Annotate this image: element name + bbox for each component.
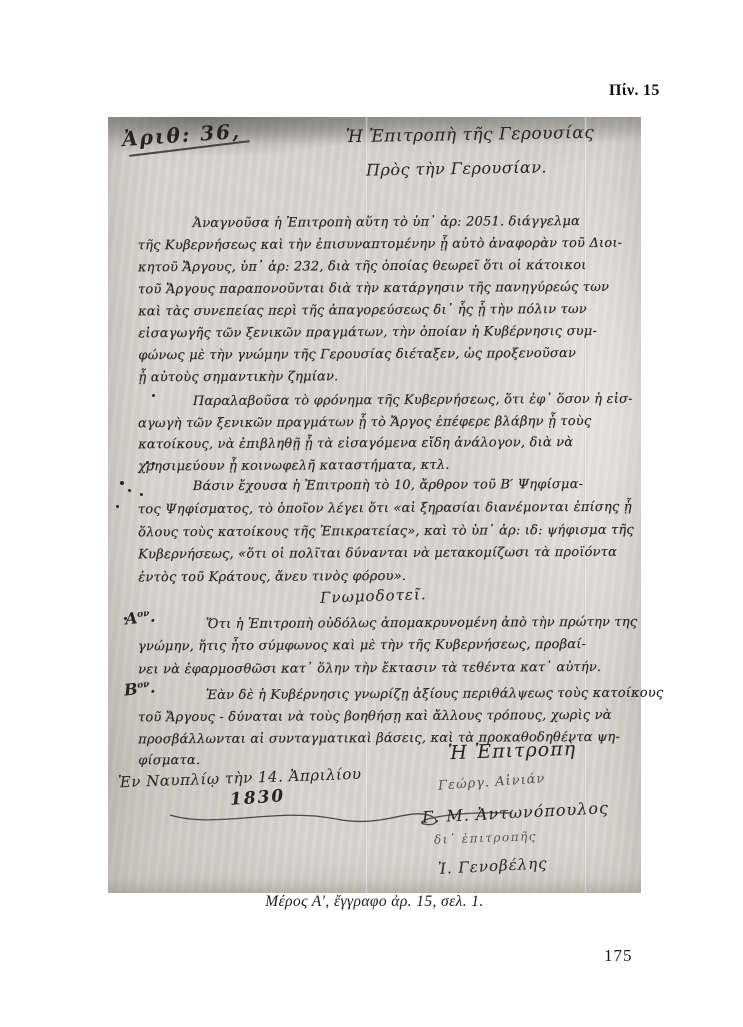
manuscript-line: τῆς Κυβερνήσεως καὶ τὴν ἐπισυναπτομένην … <box>138 233 628 258</box>
ink-dot <box>120 481 124 485</box>
ink-dot <box>152 394 155 397</box>
figure-caption: Μέρος Α′, ἔγγραφο ἀρ. 15, σελ. 1. <box>108 893 641 911</box>
reference-number: Ἀριθ: 36, <box>121 119 241 151</box>
manuscript-paragraph-3: Βάσιν ἔχουσα ἡ Ἐπιτροπὴ τὸ 10, ἄρθρον το… <box>138 474 629 591</box>
manuscript-line: νει νὰ ἐφαρμοσθῶσι κατ᾿ ὅλην τὴν ἔκτασιν… <box>138 657 638 682</box>
manuscript-line: Ὅτι ἡ Ἐπιτροπὴ οὐδόλως ἀπομακρυνομένη ἀπ… <box>138 612 638 637</box>
signature-3: δι᾿ ἐπιτροπῆς <box>434 829 537 847</box>
manuscript-line: φώνως μὲ τὴν γνώμην τῆς Γερουσίας διέταξ… <box>138 343 628 368</box>
manuscript-paragraph-2: Παραλαβοῦσα τὸ φρόνημα τῆς Κυβερνήσεως, … <box>138 389 628 478</box>
ink-dot <box>140 493 143 496</box>
manuscript-line: τοῦ Ἄργους παραπονοῦνται διὰ τὴν κατάργη… <box>138 277 628 302</box>
manuscript-scan: Ἀριθ: 36, Ἡ Ἐπιτροπὴ τῆς Γερουσίας Πρὸς … <box>108 117 641 893</box>
ink-dot <box>146 461 149 464</box>
plate-label: Πίν. 15 <box>609 82 660 100</box>
ink-dot <box>128 489 131 492</box>
manuscript-line: γνώμην, ἥτις ἦτο σύμφωνος καὶ μὲ τὴν τῆς… <box>138 634 638 659</box>
manuscript-line: κητοῦ Ἄργους, ὑπ᾿ ἀρ: 232, διὰ τῆς ὁποία… <box>138 255 628 280</box>
signature-1: Γεώργ. Αἰνιάν <box>438 771 546 793</box>
manuscript-line: Κυβερνήσεως, «ὅτι οἱ πολῖται δύνανται νὰ… <box>138 542 628 567</box>
signature-4: Ἰ. Γενοβέλης <box>438 854 548 878</box>
manuscript-line: καὶ τὰς συνεπείας περὶ τῆς ἀπαγορεύσεως … <box>138 299 628 324</box>
manuscript-line: ᾗ αὐτοὺς σημαντικὴν ζημίαν. <box>138 365 628 390</box>
manuscript-line: εἰσαγωγῆς τῶν ξενικῶν πραγμάτων, τὴν ὁπο… <box>138 321 628 346</box>
manuscript-line: αγωγὴ τῶν ξενικῶν πραγμάτων ᾗ τὸ Ἄργος ἐ… <box>138 410 628 434</box>
manuscript-line: Βάσιν ἔχουσα ἡ Ἐπιτροπὴ τὸ 10, ἄρθρον το… <box>138 474 628 499</box>
manuscript-line: Ἀναγνοῦσα ἡ Ἐπιτροπὴ αὕτη τὸ ὑπ᾿ ἀρ: 205… <box>138 211 628 236</box>
ink-dot <box>116 505 119 508</box>
manuscript-line: τοῦ Ἄργους - δύναται νὰ τοὺς βοηθήσῃ καὶ… <box>138 704 638 728</box>
manuscript-paragraph-1: Ἀναγνοῦσα ἡ Ἐπιτροπὴ αὕτη τὸ ὑπ᾿ ἀρ: 205… <box>138 211 629 390</box>
manuscript-line: ὅλους τοὺς κατοίκους τῆς Ἐπικρατείας», κ… <box>138 519 628 544</box>
page-number: 175 <box>604 946 633 966</box>
decision-heading: Γνωμοδοτεῖ. <box>320 585 427 607</box>
manuscript-item-alpha: Ὅτι ἡ Ἐπιτροπὴ οὐδόλως ἀπομακρυνομένη ἀπ… <box>138 612 638 682</box>
manuscript-line: κατοίκους, νὰ ἐπιβληθῇ ᾗ τὰ εἰσαγόμενα ε… <box>138 432 628 456</box>
ink-dot <box>152 462 155 465</box>
manuscript-line: Παραλαβοῦσα τὸ φρόνημα τῆς Κυβερνήσεως, … <box>138 389 628 413</box>
ink-dot <box>124 617 127 620</box>
manuscript-line: Ἐὰν δὲ ἡ Κυβέρνησις γνωρίζῃ ἀξίους περιθ… <box>138 683 638 707</box>
manuscript-line: τος Ψηφίσματος, τὸ ὁποῖον λέγει ὅτι «αἱ … <box>138 497 628 522</box>
manuscript-header-line1: Ἡ Ἐπιτροπὴ τῆς Γερουσίας <box>346 123 595 147</box>
manuscript-header-line2: Πρὸς τὴν Γερουσίαν. <box>366 157 547 179</box>
closing-committee: Ἡ Ἐπιτροπὴ <box>448 738 577 764</box>
